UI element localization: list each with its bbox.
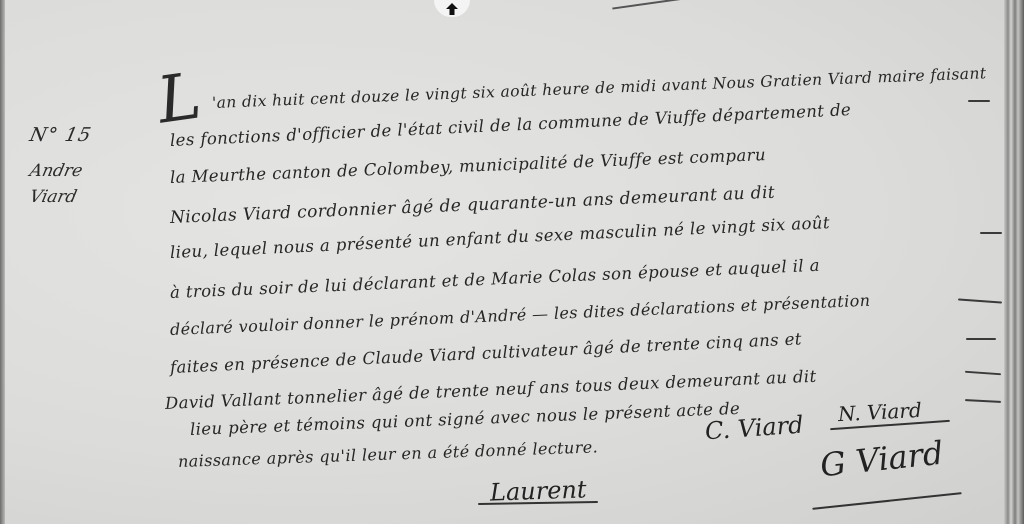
record-line-6: à trois du soir de lui déclarant et de M… <box>170 256 821 302</box>
line-filler-dash <box>966 338 996 340</box>
book-binding <box>1004 0 1024 524</box>
scroll-up-button[interactable] <box>434 0 470 17</box>
arrow-up-icon <box>445 2 459 16</box>
line-filler-dash <box>968 100 990 102</box>
page-left-edge <box>0 0 5 524</box>
ink-stroke <box>612 0 691 10</box>
margin-note: N° 15 Andre Viard <box>30 122 130 210</box>
signature-c-viard: C. Viard <box>704 411 804 446</box>
drop-cap: L <box>153 59 205 138</box>
document-scan: N° 15 Andre Viard L 'an dix huit cent do… <box>0 0 1024 524</box>
signature-g-viard: G Viard <box>818 434 945 485</box>
signature-underline <box>812 492 961 510</box>
record-line-1: 'an dix huit cent douze le vingt six aoû… <box>212 64 987 112</box>
line-filler-dash <box>958 298 1002 303</box>
margin-name-last: Viard <box>27 184 133 210</box>
line-filler-dash <box>965 399 1001 403</box>
record-line-3: la Meurthe canton de Colombey, municipal… <box>170 145 767 187</box>
margin-name-first: Andre <box>27 158 133 184</box>
record-line-11: naissance après qu'il leur en a été donn… <box>178 437 599 471</box>
record-line-8: faites en présence de Claude Viard culti… <box>170 329 803 377</box>
line-filler-dash <box>965 371 1001 376</box>
line-filler-dash <box>980 232 1002 234</box>
record-number: N° 15 <box>27 122 133 148</box>
